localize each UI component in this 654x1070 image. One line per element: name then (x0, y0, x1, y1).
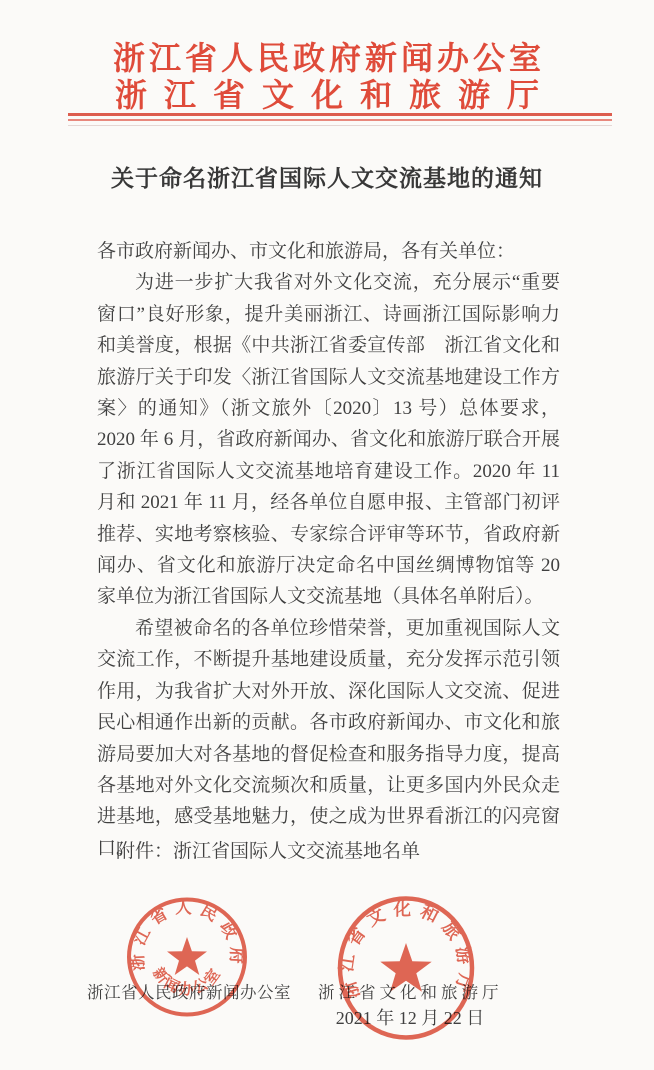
faint-rule (68, 125, 612, 126)
letterhead-org-line2: 浙江省文化和旅游厅 (0, 78, 654, 112)
seal-bottom-text: 新闻办公室 (149, 964, 225, 998)
attachment-note: 附件：浙江省国际人文交流基地名单 (97, 836, 560, 863)
star-icon (380, 943, 431, 992)
seal-bottom-text-path: 新闻办公室 (149, 964, 225, 998)
official-seal-right: 浙江省文化和旅游厅 (337, 896, 475, 1040)
paragraph-1: 为进一步扩大我省对外文化交流，充分展示“重要窗口”良好形象，提升美丽浙江、诗画浙… (97, 267, 560, 612)
notice-body: 各市政府新闻办、市文化和旅游局，各有关单位： 为进一步扩大我省对外文化交流，充分… (97, 236, 560, 864)
official-seal-left: 浙江省人民政府 新闻办公室 (126, 897, 248, 1019)
notice-title: 关于命名浙江省国际人文交流基地的通知 (0, 160, 654, 193)
letterhead-divider (68, 113, 612, 126)
document-page: 浙江省人民政府新闻办公室 浙江省文化和旅游厅 关于命名浙江省国际人文交流基地的通… (0, 0, 654, 1070)
paragraph-2: 希望被命名的各单位珍惜荣誉，更加重视国际人文交流工作，不断提升基地建设质量，充分… (97, 613, 560, 864)
letterhead-org-line1: 浙江省人民政府新闻办公室 (0, 41, 654, 75)
star-icon (167, 937, 207, 975)
salutation: 各市政府新闻办、市文化和旅游局，各有关单位： (97, 236, 560, 267)
double-red-rule (68, 113, 612, 121)
